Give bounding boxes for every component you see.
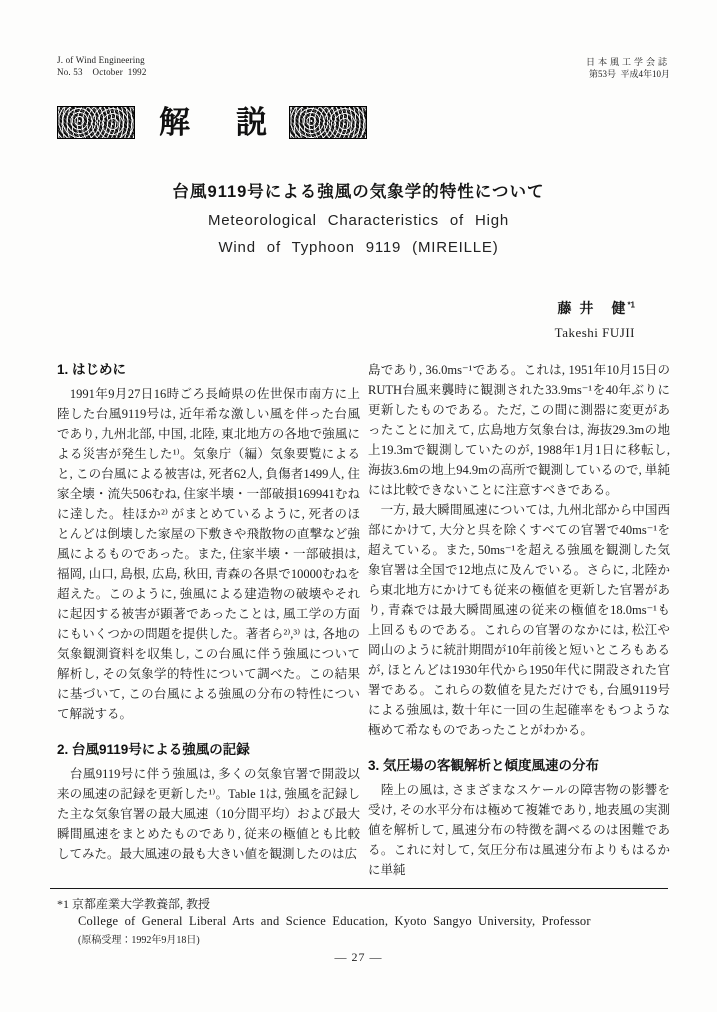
- footnote-affiliation-ja: *1 京都産業大学教養部, 教授: [57, 896, 667, 913]
- footnote-affiliation-en: College of General Liberal Arts and Scie…: [57, 913, 667, 930]
- footnote-received-date: (原稿受理：1992年9月18日): [57, 932, 667, 949]
- body-column-left: 1. はじめに 1991年9月27日16時ごろ長崎県の佐世保市南方に上陸した台風…: [57, 360, 360, 864]
- footnote-block: *1 京都産業大学教養部, 教授 College of General Libe…: [57, 896, 667, 949]
- section-heading-1: 1. はじめに: [57, 360, 360, 380]
- issue-info-ja: 第53号 平成4年10月: [589, 69, 670, 79]
- body-column-right: 島であり, 36.0ms⁻¹である。これは, 1951年10月15日のRUTH台…: [368, 360, 670, 880]
- paragraph: 島であり, 36.0ms⁻¹である。これは, 1951年10月15日のRUTH台…: [368, 360, 670, 500]
- banner-char-setsu: 説: [236, 106, 267, 139]
- journal-header-left: J. of Wind EngineeringNo. 53 October 199…: [57, 54, 147, 78]
- ornament-stamp-icon: [289, 106, 367, 139]
- author-name-japanese: 藤 井 健*1: [555, 298, 635, 318]
- banner-char-kai: 解: [159, 106, 190, 139]
- page-number: — 27 —: [0, 950, 717, 965]
- paragraph: 陸上の風は, さまざまなスケールの障害物の影響を受け, その水平分布は極めて複雑…: [368, 780, 670, 880]
- author-block: 藤 井 健*1 Takeshi FUJII: [555, 298, 635, 341]
- category-banner: 解 説: [57, 106, 367, 139]
- journal-name-ja: 日本風工学会誌: [586, 57, 670, 67]
- author-footnote-mark: *1: [627, 300, 635, 309]
- author-name-english: Takeshi FUJII: [555, 325, 635, 341]
- journal-name-en: J. of Wind Engineering: [57, 55, 145, 65]
- issue-info-en: No. 53 October 1992: [57, 67, 147, 77]
- paragraph: 台風9119号に伴う強風は, 多くの気象官署で開設以来の風速の記録を更新した¹⁾…: [57, 764, 360, 864]
- paper-title-english-line1: Meteorological Characteristics of High: [0, 212, 717, 229]
- footnote-divider: [50, 888, 668, 889]
- paragraph: 一方, 最大瞬間風速については, 九州北部から中国西部にかけて, 大分と呉を除く…: [368, 500, 670, 740]
- journal-page: J. of Wind EngineeringNo. 53 October 199…: [0, 0, 717, 1012]
- paper-title-japanese: 台風9119号による強風の気象学的特性について: [0, 178, 717, 202]
- section-heading-2: 2. 台風9119号による強風の記録: [57, 740, 360, 760]
- section-heading-3: 3. 気圧場の客観解析と傾度風速の分布: [368, 756, 670, 776]
- author-name-ja-text: 藤 井 健: [558, 300, 628, 316]
- journal-header-right: 日本風工学会誌第53号 平成4年10月: [586, 56, 670, 80]
- paragraph: 1991年9月27日16時ごろ長崎県の佐世保市南方に上陸した台風9119号は, …: [57, 384, 360, 724]
- ornament-stamp-icon: [57, 106, 135, 139]
- paper-title-english-line2: Wind of Typhoon 9119 (MIREILLE): [0, 239, 717, 256]
